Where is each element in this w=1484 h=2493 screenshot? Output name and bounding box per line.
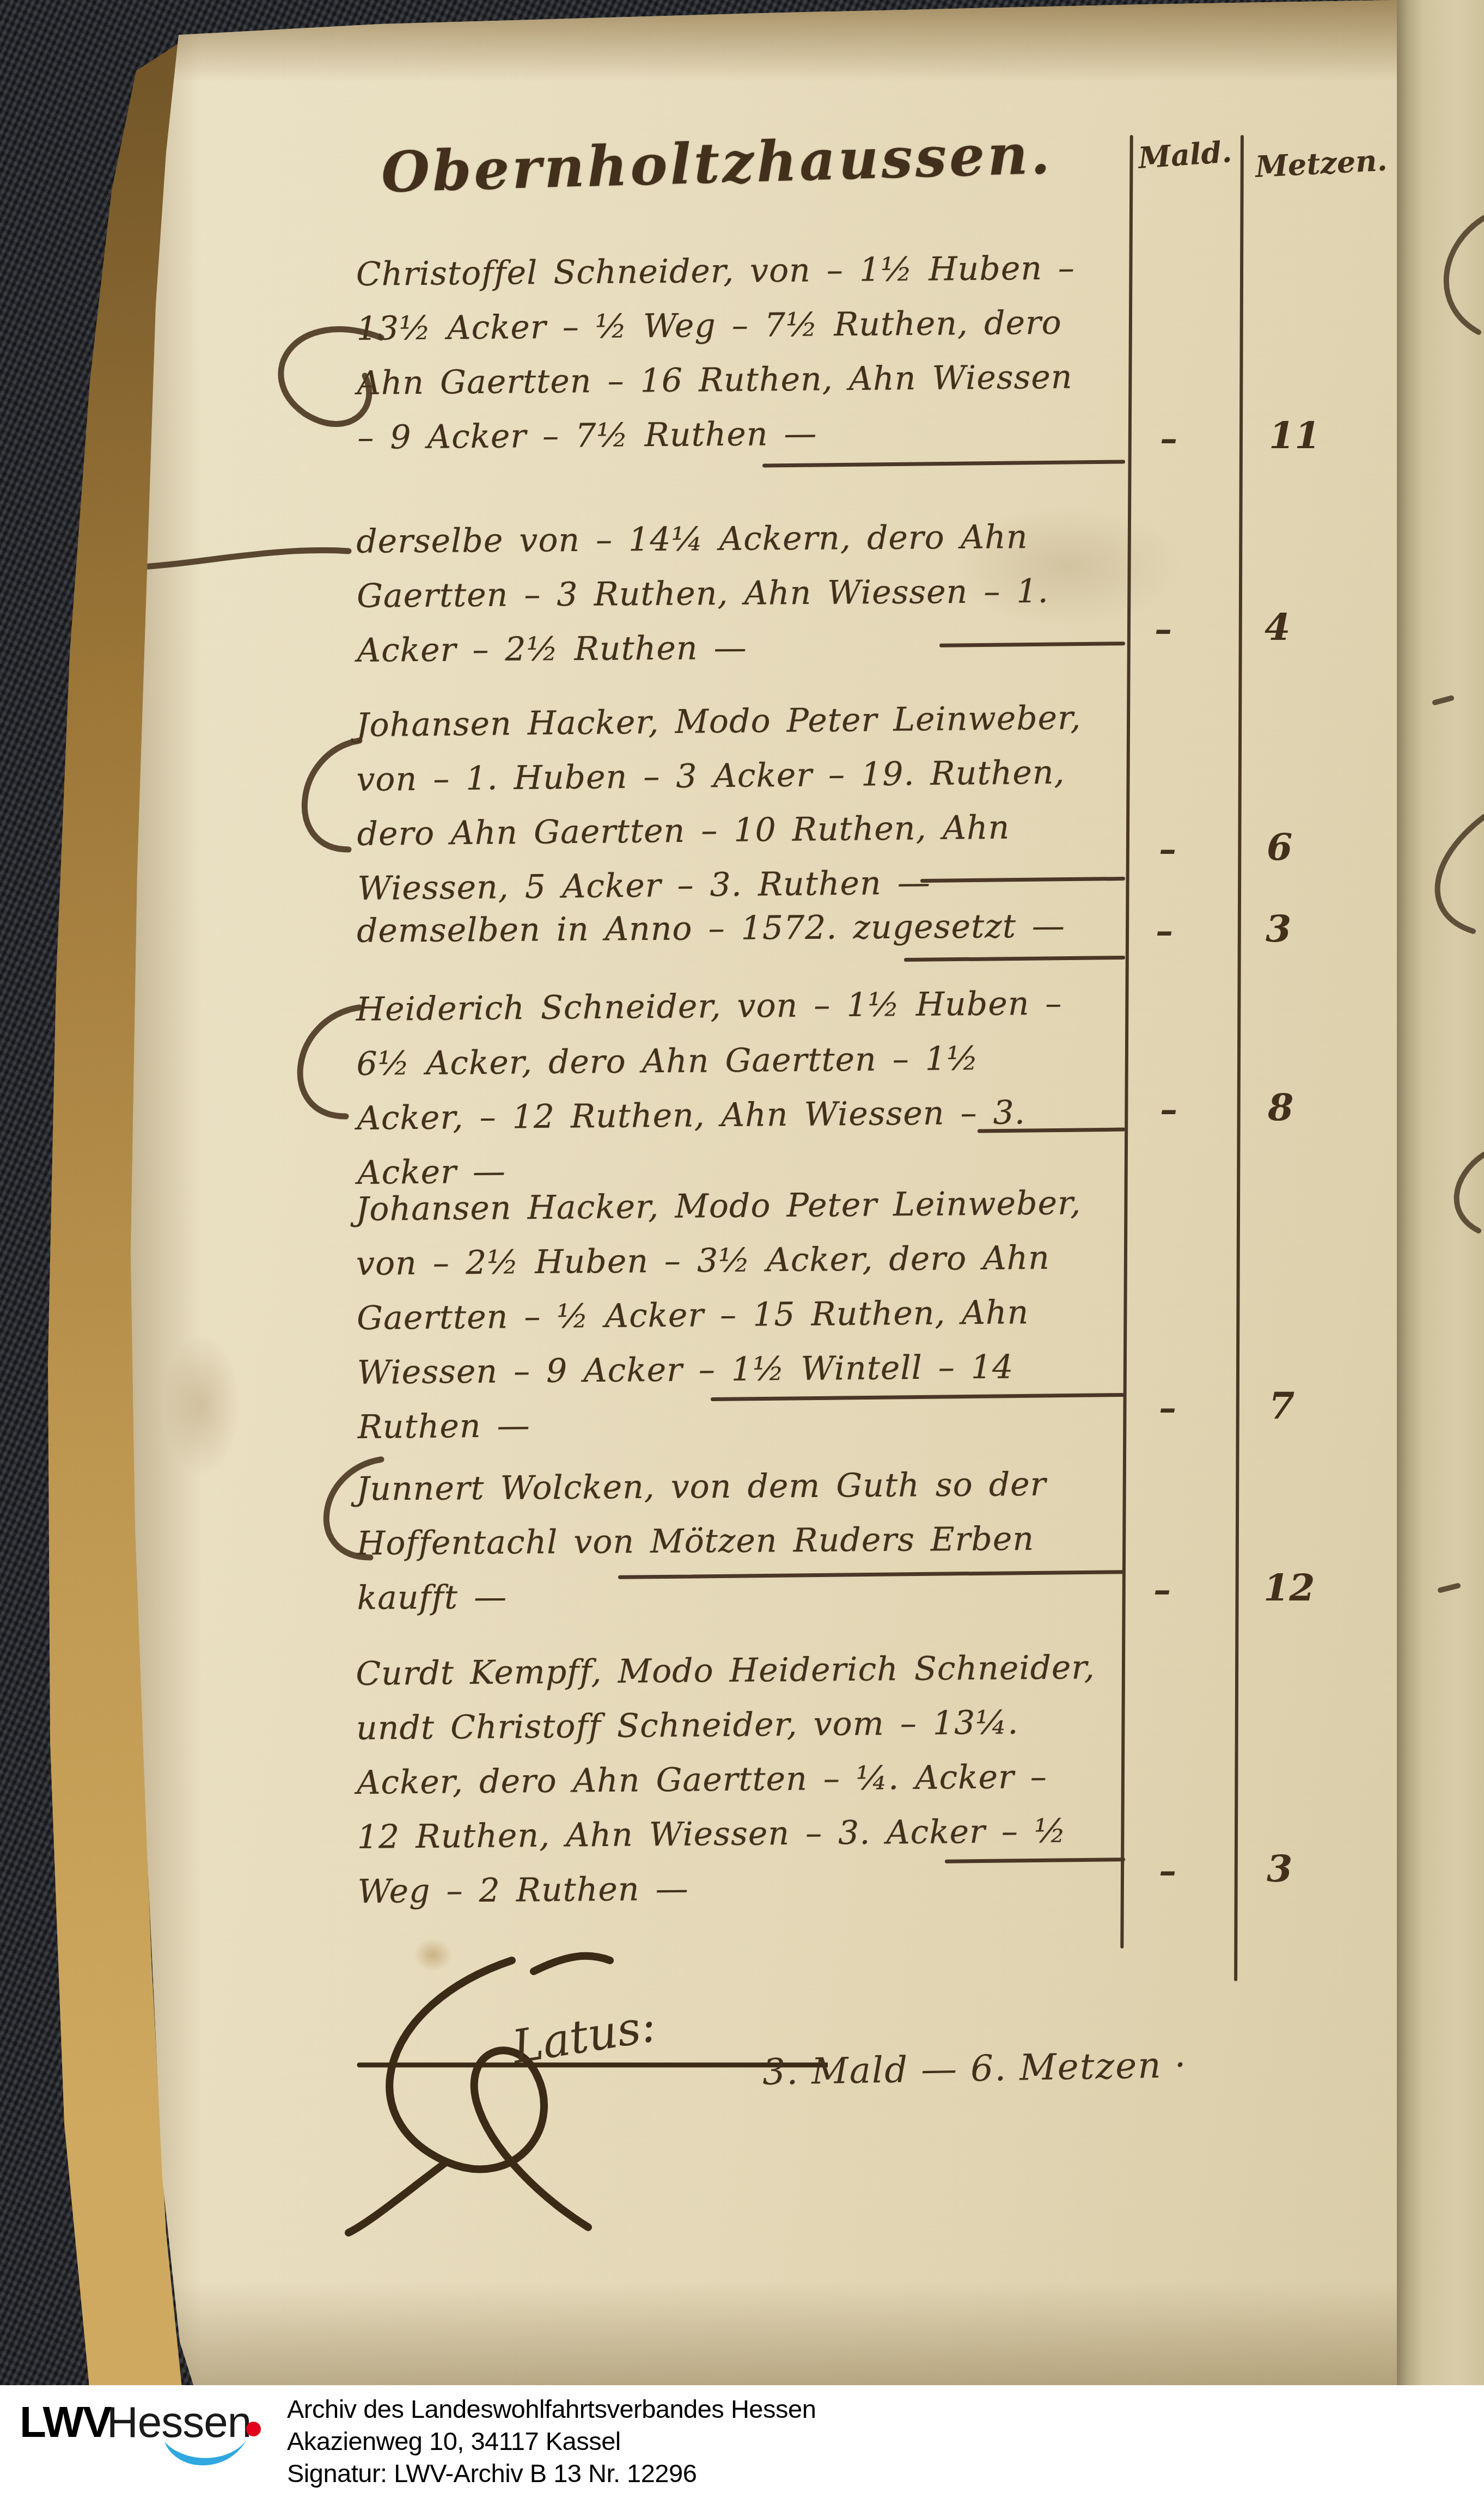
metzen-value: 8 bbox=[1268, 1086, 1293, 1129]
metzen-value: 3 bbox=[1266, 907, 1291, 951]
mald-value: – bbox=[1159, 829, 1176, 870]
metzen-value: 3 bbox=[1267, 1847, 1292, 1891]
lwv-logo-red-dot-icon bbox=[246, 2422, 261, 2436]
entry-text: derselbe von – 14¼ Ackern, dero Ahn Gaer… bbox=[356, 509, 1098, 677]
footer-address: Akazienweg 10, 34117 Kassel bbox=[287, 2425, 621, 2457]
metzen-value: 7 bbox=[1269, 1384, 1294, 1428]
mald-value: – bbox=[1159, 1388, 1176, 1428]
mald-value: – bbox=[1155, 609, 1172, 650]
latus-flourish bbox=[283, 1939, 828, 2265]
archive-scan: Obernholtzhaussen. Mald. Metzen. Christo… bbox=[0, 0, 1484, 2493]
entry-text: Johansen Hacker, Modo Peter Leinweber, v… bbox=[356, 691, 1098, 916]
entry-separator bbox=[978, 1128, 1125, 1133]
mald-value: – bbox=[1160, 1089, 1177, 1130]
mald-value: – bbox=[1159, 1850, 1176, 1891]
mald-value: – bbox=[1156, 911, 1173, 951]
page-title: Obernholtzhaussen. bbox=[381, 121, 1054, 205]
entry-text: Curdt Kempff, Modo Heiderich Schneider, … bbox=[356, 1640, 1098, 1919]
entry-separator bbox=[762, 460, 1125, 468]
manuscript-page: Obernholtzhaussen. Mald. Metzen. Christo… bbox=[0, 0, 1484, 2393]
lwv-logo-bold: LWV bbox=[20, 2397, 111, 2447]
mald-value: – bbox=[1153, 1569, 1171, 1610]
table-rule-vertical-2 bbox=[1234, 135, 1244, 1981]
footer-archive-name: Archiv des Landeswohlfahrtsverbandes Hes… bbox=[287, 2393, 816, 2425]
facing-page-edge bbox=[1397, 0, 1484, 2393]
metzen-value: 12 bbox=[1263, 1566, 1315, 1610]
entry-text: Johansen Hacker, Modo Peter Leinweber, v… bbox=[356, 1176, 1098, 1455]
metzen-value: 11 bbox=[1269, 414, 1321, 457]
facing-page-ink bbox=[1397, 0, 1484, 2393]
metzen-value: 6 bbox=[1267, 826, 1292, 869]
metzen-value: 4 bbox=[1265, 606, 1290, 649]
footer-signature: Signatur: LWV-Archiv B 13 Nr. 12296 bbox=[287, 2457, 697, 2489]
lwv-logo-swoosh-icon bbox=[161, 2439, 249, 2478]
mald-value: – bbox=[1160, 418, 1177, 459]
column-header-mald: Mald. bbox=[1137, 134, 1233, 175]
entry-text: Junnert Wolcken, von dem Guth so der Hof… bbox=[356, 1457, 1098, 1625]
summary-total: 3. Mald — 6. Metzen · bbox=[762, 2044, 1187, 2093]
table-rule-vertical-1 bbox=[1120, 135, 1133, 1948]
archive-footer: LWV Hessen Archiv des Landeswohlfahrtsve… bbox=[0, 2385, 1484, 2493]
entry-separator bbox=[904, 956, 1125, 962]
entry-text: demselben in Anno – 1572. zugesetzt — bbox=[357, 899, 1098, 958]
bottom-edge-shadow bbox=[0, 2282, 1484, 2393]
column-header-metzen: Metzen. bbox=[1254, 143, 1388, 185]
entry-text: Heiderich Schneider, von – 1½ Huben – 6½… bbox=[356, 976, 1098, 1200]
entry-text: Christoffel Schneider, von – 1½ Huben – … bbox=[356, 241, 1098, 465]
